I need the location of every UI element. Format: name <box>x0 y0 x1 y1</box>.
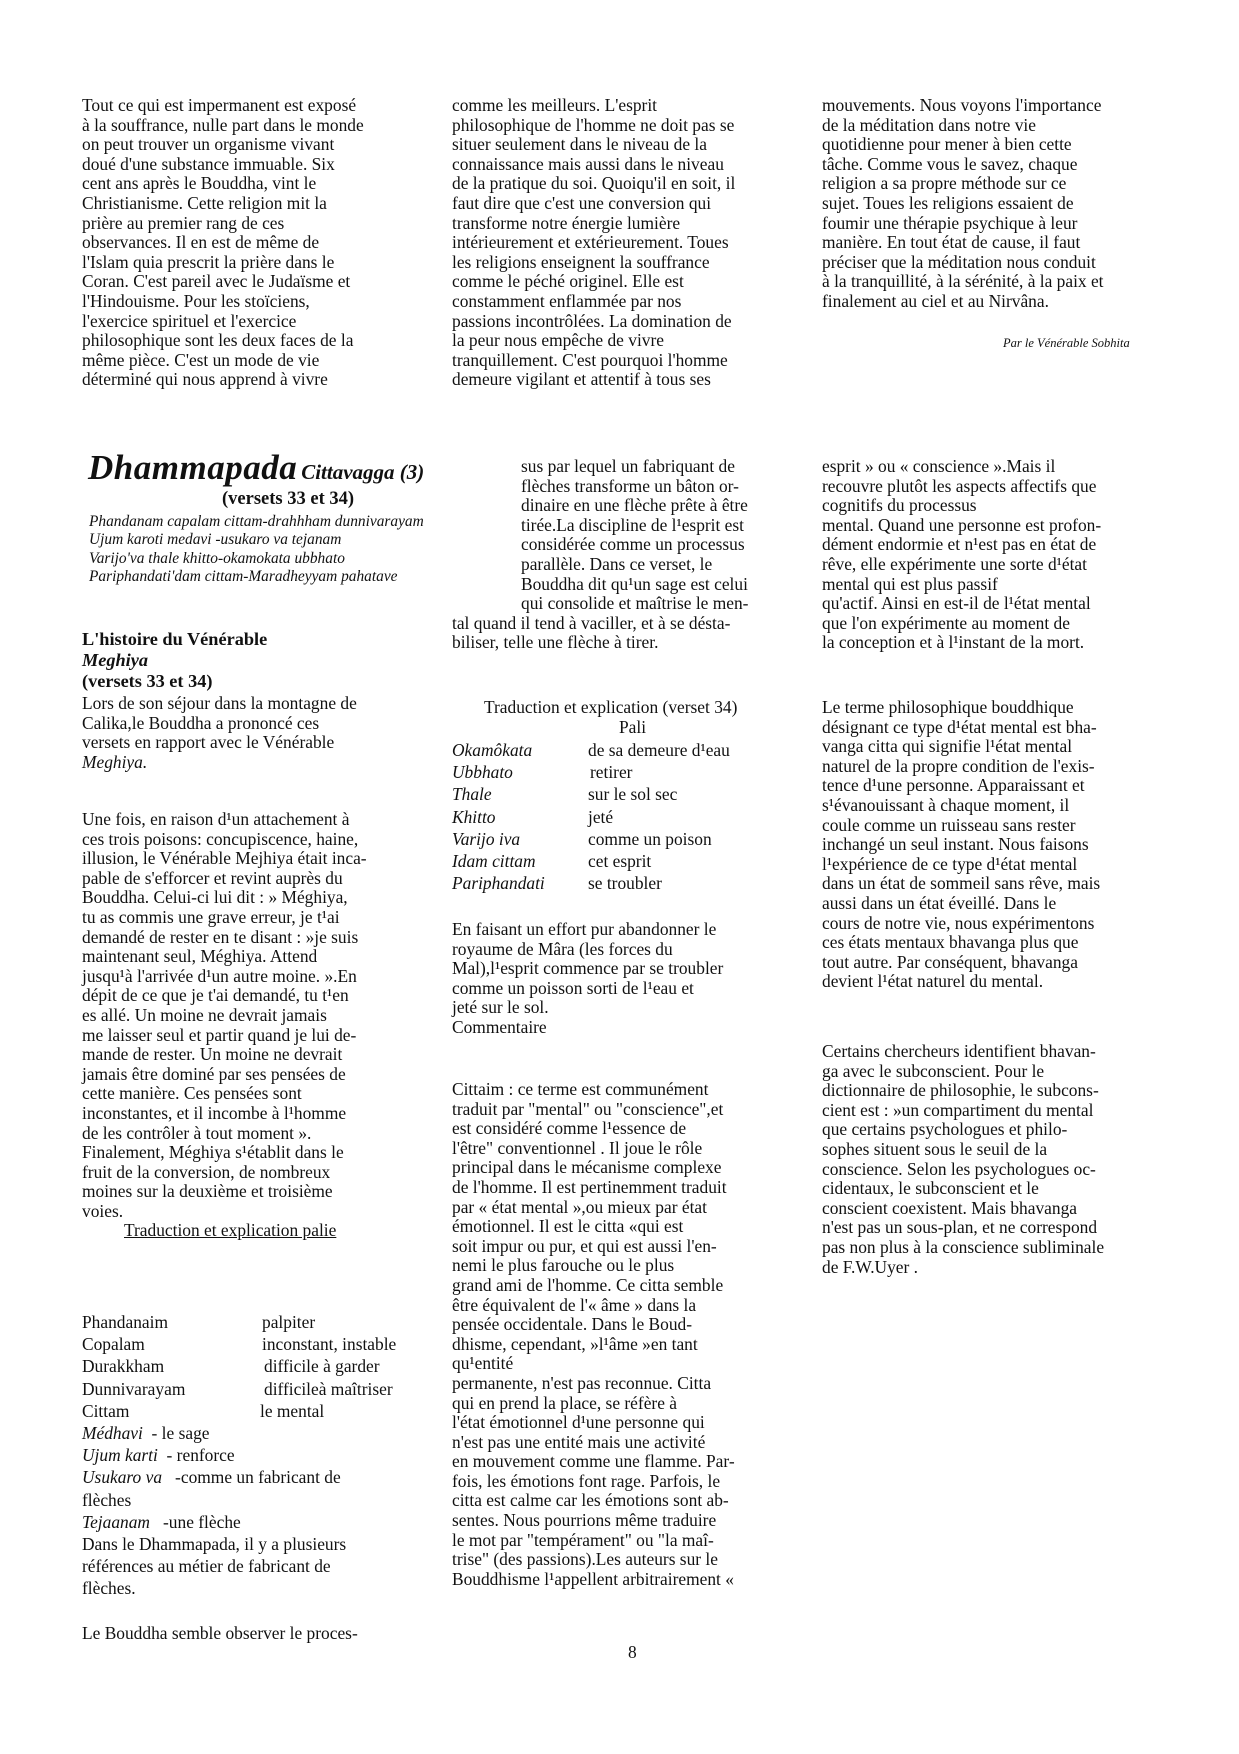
author-byline: Par le Vénérable Sobhita <box>1003 336 1130 351</box>
text-line: flèches <box>82 1489 131 1511</box>
gloss-term: Varijo iva <box>452 828 520 850</box>
text-line: Bouddha dit qu¹un sage est celui <box>521 575 748 595</box>
text-line: recouvre plutôt les aspects affectifs qu… <box>822 477 1101 497</box>
gloss-term: Pariphandati <box>452 872 545 894</box>
text-line: En faisant un effort pur abandonner le <box>452 920 723 940</box>
text-line: l'être" conventionnel . Il joue le rôle <box>452 1139 735 1159</box>
gloss-term: Durakkham <box>82 1355 164 1377</box>
text-line: cidentaux, le subconscient et le <box>822 1179 1104 1199</box>
text-line: maintenant seul, Méghiya. Attend <box>82 947 367 967</box>
text-line: comme les meilleurs. L'esprit <box>452 96 735 116</box>
text-line: coule comme un ruisseau sans rester <box>822 816 1100 836</box>
text-line: mande de rester. Un moine ne devrait <box>82 1045 367 1065</box>
text-line: qu'actif. Ainsi en est-il de l¹état ment… <box>822 594 1101 614</box>
text-line: tence d¹une personne. Apparaissant et <box>822 776 1100 796</box>
text-line: que certains psychologues et philo- <box>822 1120 1104 1140</box>
text-line: faut dire que c'est une conversion qui <box>452 194 735 214</box>
text-line: constamment enflammée par nos <box>452 292 735 312</box>
heading-name: Meghiya <box>82 650 267 671</box>
text-line: déterminé qui nous apprend à vivre <box>82 370 364 390</box>
verse-line: Pariphandati'dam cittam-Maradheyyam paha… <box>89 568 424 586</box>
title-sub: Cittavagga (3) <box>301 460 424 484</box>
text-line: est considéré comme l¹essence de <box>452 1119 735 1139</box>
gloss-def: comme un poison <box>588 828 712 850</box>
top-column-1: Tout ce qui est impermanent est exposé à… <box>82 96 364 390</box>
text-line: grand ami de l'homme. Ce citta semble <box>452 1276 735 1296</box>
text-line: soit impur ou pur, et qui est aussi l'en… <box>452 1237 735 1257</box>
text-line: dinaire en une flèche prête à être <box>521 496 748 516</box>
text-line: à la tranquillité, à la sérénité, à la p… <box>822 272 1104 292</box>
translation-heading: Traduction et explication palie <box>82 1221 367 1241</box>
text-line: tout autre. Par conséquent, bhavanga <box>822 953 1100 973</box>
text-line: illusion, le Vénérable Mejhiya était inc… <box>82 849 367 869</box>
text-line: conscient coexistent. Mais bhavanga <box>822 1199 1104 1219</box>
text-line: n'est pas une entité mais une activité <box>452 1433 735 1453</box>
gloss-term: Idam cittam <box>452 850 536 872</box>
text-line: à la souffrance, nulle part dans le mond… <box>82 116 364 136</box>
text-line: Mal),l¹esprit commence par se troubler <box>452 959 723 979</box>
text-line: Christianisme. Cette religion mit la <box>82 194 364 214</box>
article-subtitle: (versets 33 et 34) <box>222 489 354 510</box>
text-line: tâche. Comme vous le savez, chaque <box>822 155 1104 175</box>
text-line: manière. En tout état de cause, il faut <box>822 233 1104 253</box>
gloss-def: difficileà maîtriser <box>264 1378 393 1400</box>
text-line: traduit par "mental" ou "conscience",et <box>452 1100 735 1120</box>
text-line: quotidienne pour mener à bien cette <box>822 135 1104 155</box>
text-line: jeté sur le sol. <box>452 998 723 1018</box>
text-line: pensée occidentale. Dans le Boud- <box>452 1315 735 1335</box>
text-line: Une fois, en raison d¹un attachement à <box>82 810 367 830</box>
translation-subheading: Pali <box>452 718 737 738</box>
text-line: pas non plus à la conscience subliminale <box>822 1238 1104 1258</box>
text-line: qui consolide et maîtrise le men- <box>521 594 748 614</box>
gloss-term: Phandanaim <box>82 1311 168 1333</box>
text-line: inchangé un seul instant. Nous faisons <box>822 835 1100 855</box>
text-line: observances. Il en est de même de <box>82 233 364 253</box>
text-line: comme un poisson sorti de l¹eau et <box>452 979 723 999</box>
text-line: devient l¹état naturel du mental. <box>822 972 1100 992</box>
text-line: Coran. C'est pareil avec le Judaïsme et <box>82 272 364 292</box>
text-line: religion a sa propre méthode sur ce <box>822 174 1104 194</box>
text-line: Lors de son séjour dans la montagne de <box>82 694 357 714</box>
text-line: esprit » ou « conscience ».Mais il <box>822 457 1101 477</box>
text-line: qu¹entité <box>452 1354 735 1374</box>
gloss-term: Copalam <box>82 1333 145 1355</box>
verse-line: Phandanam capalam cittam-drahhham dunniv… <box>89 513 424 531</box>
text-line: ces états mentaux bhavanga plus que <box>822 933 1100 953</box>
text-line: fruit de la conversion, de nombreux <box>82 1163 367 1183</box>
gloss-def: cet esprit <box>588 850 651 872</box>
text-line: moines sur la deuxième et troisième <box>82 1182 367 1202</box>
text-line: la conception et à l¹instant de la mort. <box>822 633 1101 653</box>
text-line: cette manière. Ces pensées sont <box>82 1084 367 1104</box>
gloss-term: Dunnivarayam <box>82 1378 185 1400</box>
gloss-term: Tejaanam <box>82 1512 150 1532</box>
top-column-2: comme les meilleurs. L'esprit philosophi… <box>452 96 735 390</box>
text-line: dhisme, cependant, »l¹âme »en tant <box>452 1335 735 1355</box>
gloss-def: -comme un fabricant de <box>162 1467 341 1487</box>
text-line: mental qui est plus passif <box>822 575 1101 595</box>
text-line: aussi dans un état éveillé. Dans le <box>822 894 1100 914</box>
text-line: permanente, n'est pas reconnue. Citta <box>452 1374 735 1394</box>
text-line: sus par lequel un fabriquant de <box>521 457 748 477</box>
text-line: le mot par "tempérament" ou "la maî- <box>452 1531 735 1551</box>
article-title: Dhammapada Cittavagga (3) <box>88 448 424 488</box>
text-line: conscience. Selon les psychologues oc- <box>822 1160 1104 1180</box>
text-line: de l'homme. Il est pertinemment traduit <box>452 1178 735 1198</box>
text-line: Certains chercheurs identifient bhavan- <box>822 1042 1104 1062</box>
text-line: dépit de ce que je t'ai demandé, tu t¹en <box>82 986 367 1006</box>
text-line: Bouddha. Celui-ci lui dit : » Méghiya, <box>82 888 367 908</box>
text-line: voies. <box>82 1202 367 1222</box>
text-line: de les contrôler à tout moment ». <box>82 1124 367 1144</box>
text-line: de F.W.Uyer . <box>822 1258 1104 1278</box>
text-line: l'Islam quia prescrit la prière dans le <box>82 253 364 273</box>
article-column-3-mid: Le terme philosophique bouddhique désign… <box>822 698 1100 992</box>
text-line: tal quand il tend à vaciller, et à se dé… <box>452 614 748 634</box>
text-line: qui en prend la place, se réfère à <box>452 1394 735 1414</box>
gloss-def: jeté <box>588 806 613 828</box>
text-line: doué d'une substance immuable. Six <box>82 155 364 175</box>
text-line: tirée.La discipline de l¹esprit est <box>521 516 748 536</box>
gloss-term: Ujum karti <box>82 1445 158 1465</box>
text-line: fois, les émotions font rage. Parfois, l… <box>452 1472 735 1492</box>
text-line: préciser que la méditation nous conduit <box>822 253 1104 273</box>
text-line: ga avec le subconscient. Pour le <box>822 1062 1104 1082</box>
top-column-3: mouvements. Nous voyons l'importance de … <box>822 96 1104 312</box>
article-column-3-top: esprit » ou « conscience ».Mais il recou… <box>822 457 1101 653</box>
gloss-def: - le sage <box>143 1423 210 1443</box>
gloss-def: le mental <box>260 1400 324 1422</box>
text-line: philosophique sont les deux faces de la <box>82 331 364 351</box>
text-line: même pièce. C'est un mode de vie <box>82 351 364 371</box>
verse-line: Varijo'va thale khitto-okamokata ubbhato <box>89 550 424 568</box>
article-column-1-story: Une fois, en raison d¹un attachement à c… <box>82 810 367 1241</box>
article-column-2-top: sus par lequel un fabriquant de flèches … <box>521 457 748 653</box>
text-line: Calika,le Bouddha a prononcé ces <box>82 714 357 734</box>
text-line: en mouvement comme une flamme. Par- <box>452 1452 735 1472</box>
text-line: trise" (des passions).Les auteurs sur le <box>452 1550 735 1570</box>
text-line: Cittaim : ce terme est communément <box>452 1080 735 1100</box>
text-line: Dans le Dhammapada, il y a plusieurs <box>82 1533 346 1555</box>
gloss-def: retirer <box>590 761 632 783</box>
text-line: Finalement, Méghiya s¹établit dans le <box>82 1143 367 1163</box>
verse-line: Ujum karoti medavi -usukaro va tejanam <box>89 531 424 549</box>
text-line: l¹expérience de ce type d¹état mental <box>822 855 1100 875</box>
pali-verses: Phandanam capalam cittam-drahhham dunniv… <box>89 513 424 586</box>
gloss-term: Médhavi <box>82 1423 143 1443</box>
gloss-term: Okamôkata <box>452 739 532 761</box>
text-line: me laisser seul et partir quand je lui d… <box>82 1026 367 1046</box>
text-line: flèches. <box>82 1577 136 1599</box>
text-line: dément endormie et n¹est pas en état de <box>822 535 1101 555</box>
article-column-3-bottom: Certains chercheurs identifient bhavan- … <box>822 1042 1104 1277</box>
text-line: Meghiya. <box>82 753 357 773</box>
page-number: 8 <box>628 1642 637 1663</box>
text-line: demeure vigilant et attentif à tous ses <box>452 370 735 390</box>
text-line: être équivalent de l'« âme » dans la <box>452 1296 735 1316</box>
text-line: par « état mental »,ou mieux par état <box>452 1198 735 1218</box>
text-line: inconstantes, et il incombe à l¹homme <box>82 1104 367 1124</box>
text-line: situer seulement dans le niveau de la <box>452 135 735 155</box>
gloss-def: difficile à garder <box>264 1355 380 1377</box>
gloss-def: inconstant, instable <box>262 1333 396 1355</box>
text-line: jamais être dominé par ses pensées de <box>82 1065 367 1085</box>
text-line: considérée comme un processus <box>521 535 748 555</box>
text-line: demandé de rester en te disant : »je sui… <box>82 928 367 948</box>
text-line: passions incontrôlées. La domination de <box>452 312 735 332</box>
text-line: l'Hindouisme. Pour les stoïciens, <box>82 292 364 312</box>
article-column-1-intro: Lors de son séjour dans la montagne de C… <box>82 694 357 772</box>
text-line: Le terme philosophique bouddhique <box>822 698 1100 718</box>
text-line: que l'on expérimente au moment de <box>822 614 1101 634</box>
text-line: cent ans après le Bouddha, vint le <box>82 174 364 194</box>
article-column-2-translation: Traduction et explication (verset 34) Pa… <box>452 698 737 737</box>
text-line: finalement au ciel et au Nirvâna. <box>822 292 1104 312</box>
gloss-term: Usukaro va <box>82 1467 162 1487</box>
text-line: pable de s'efforcer et revint auprès du <box>82 869 367 889</box>
gloss-def: sur le sol sec <box>588 783 677 805</box>
text-line: es allé. Un moine ne devrait jamais <box>82 1006 367 1026</box>
text-line: rêve, elle expérimente une sorte d¹état <box>822 555 1101 575</box>
text-line: les religions enseignent la souffrance <box>452 253 735 273</box>
gloss-def: se troubler <box>588 872 662 894</box>
gloss-def: - renforce <box>158 1445 235 1465</box>
text-line: références au métier de fabricant de <box>82 1555 331 1577</box>
text-line: connaissance mais aussi dans le niveau <box>452 155 735 175</box>
translation-heading: Traduction et explication (verset 34) <box>452 698 737 718</box>
text-line: s¹évanouissant à chaque moment, il <box>822 796 1100 816</box>
article-column-2-mara: En faisant un effort pur abandonner le r… <box>452 920 723 1038</box>
text-line: tranquillement. C'est pourquoi l'homme <box>452 351 735 371</box>
text-line: cognitifs du processus <box>822 496 1101 516</box>
title-main: Dhammapada <box>88 448 297 487</box>
text-line: vanga citta qui signifie l¹état mental <box>822 737 1100 757</box>
gloss-def: de sa demeure d¹eau <box>588 739 730 761</box>
text-line: Bouddhisme l¹appellent arbitrairement « <box>452 1570 735 1590</box>
text-line: biliser, telle une flèche à tirer. <box>452 633 748 653</box>
text-line: nemi le plus farouche ou le plus <box>452 1256 735 1276</box>
text-line: ces trois poisons: concupiscence, haine, <box>82 830 367 850</box>
text-line: sujet. Toues les religions essaient de <box>822 194 1104 214</box>
gloss-term: Khitto <box>452 806 496 828</box>
text-line: philosophique de l'homme ne doit pas se <box>452 116 735 136</box>
text-line: versets en rapport avec le Vénérable <box>82 733 357 753</box>
commentary-label: Commentaire <box>452 1018 723 1038</box>
text-line: l'exercice spirituel et l'exercice <box>82 312 364 332</box>
text-line: parallèle. Dans ce verset, le <box>521 555 748 575</box>
text-line: comme le péché originel. Elle est <box>452 272 735 292</box>
heading-text: L'histoire du Vénérable <box>82 629 267 650</box>
gloss-def: palpiter <box>262 1311 315 1333</box>
story-heading: L'histoire du Vénérable Meghiya (versets… <box>82 629 267 692</box>
text-line: citta est calme car les émotions sont ab… <box>452 1491 735 1511</box>
article-column-2-commentary: Cittaim : ce terme est communément tradu… <box>452 1080 735 1589</box>
text-line: naturel de la propre condition de l'exis… <box>822 757 1100 777</box>
text-line: on peut trouver un organisme vivant <box>82 135 364 155</box>
text-line: mouvements. Nous voyons l'importance <box>822 96 1104 116</box>
gloss-term: Cittam <box>82 1400 129 1422</box>
text-line: de la méditation dans notre vie <box>822 116 1104 136</box>
gloss-term: Ubbhato <box>452 761 513 783</box>
text-line: royaume de Mâra (les forces du <box>452 940 723 960</box>
heading-verses: (versets 33 et 34) <box>82 671 267 692</box>
text-line: désignant ce type d¹état mental est bha- <box>822 718 1100 738</box>
text-line: n'est pas un sous-plan, et ne correspond <box>822 1218 1104 1238</box>
text-line: prière au premier rang de ces <box>82 214 364 234</box>
text-line: foumir une thérapie psychique à leur <box>822 214 1104 234</box>
text-line: émotionnel. Il est le citta «qui est <box>452 1217 735 1237</box>
gloss-def: -une flèche <box>150 1512 241 1532</box>
text-line: sophes situent sous le seuil de la <box>822 1140 1104 1160</box>
text-line: principal dans le mécanisme complexe <box>452 1158 735 1178</box>
text-line: intérieurement et extérieurement. Toues <box>452 233 735 253</box>
text-line: tu as commis une grave erreur, je t¹ai <box>82 908 367 928</box>
text-line: Tout ce qui est impermanent est exposé <box>82 96 364 116</box>
text-line: dictionnaire de philosophie, le subcons- <box>822 1081 1104 1101</box>
text-line: dans un état de sommeil sans rêve, mais <box>822 874 1100 894</box>
text-line: sentes. Nous pourrions même traduire <box>452 1511 735 1531</box>
text-line: mental. Quand une personne est profon- <box>822 516 1101 536</box>
text-line: cours de notre vie, nous expérimentons <box>822 914 1100 934</box>
text-line: la peur nous empêche de vivre <box>452 331 735 351</box>
text-line: Le Bouddha semble observer le proces- <box>82 1622 358 1644</box>
text-line: transforme notre énergie lumière <box>452 214 735 234</box>
gloss-term: Thale <box>452 783 492 805</box>
text-line: l'état émotionnel d¹une personne qui <box>452 1413 735 1433</box>
text-line: flèches transforme un bâton or- <box>521 477 748 497</box>
text-line: cient est : »un compartiment du mental <box>822 1101 1104 1121</box>
text-line: de la pratique du soi. Quoiqu'il en soit… <box>452 174 735 194</box>
text-line: jusqu¹à l'arrivée d¹un autre moine. ».En <box>82 967 367 987</box>
